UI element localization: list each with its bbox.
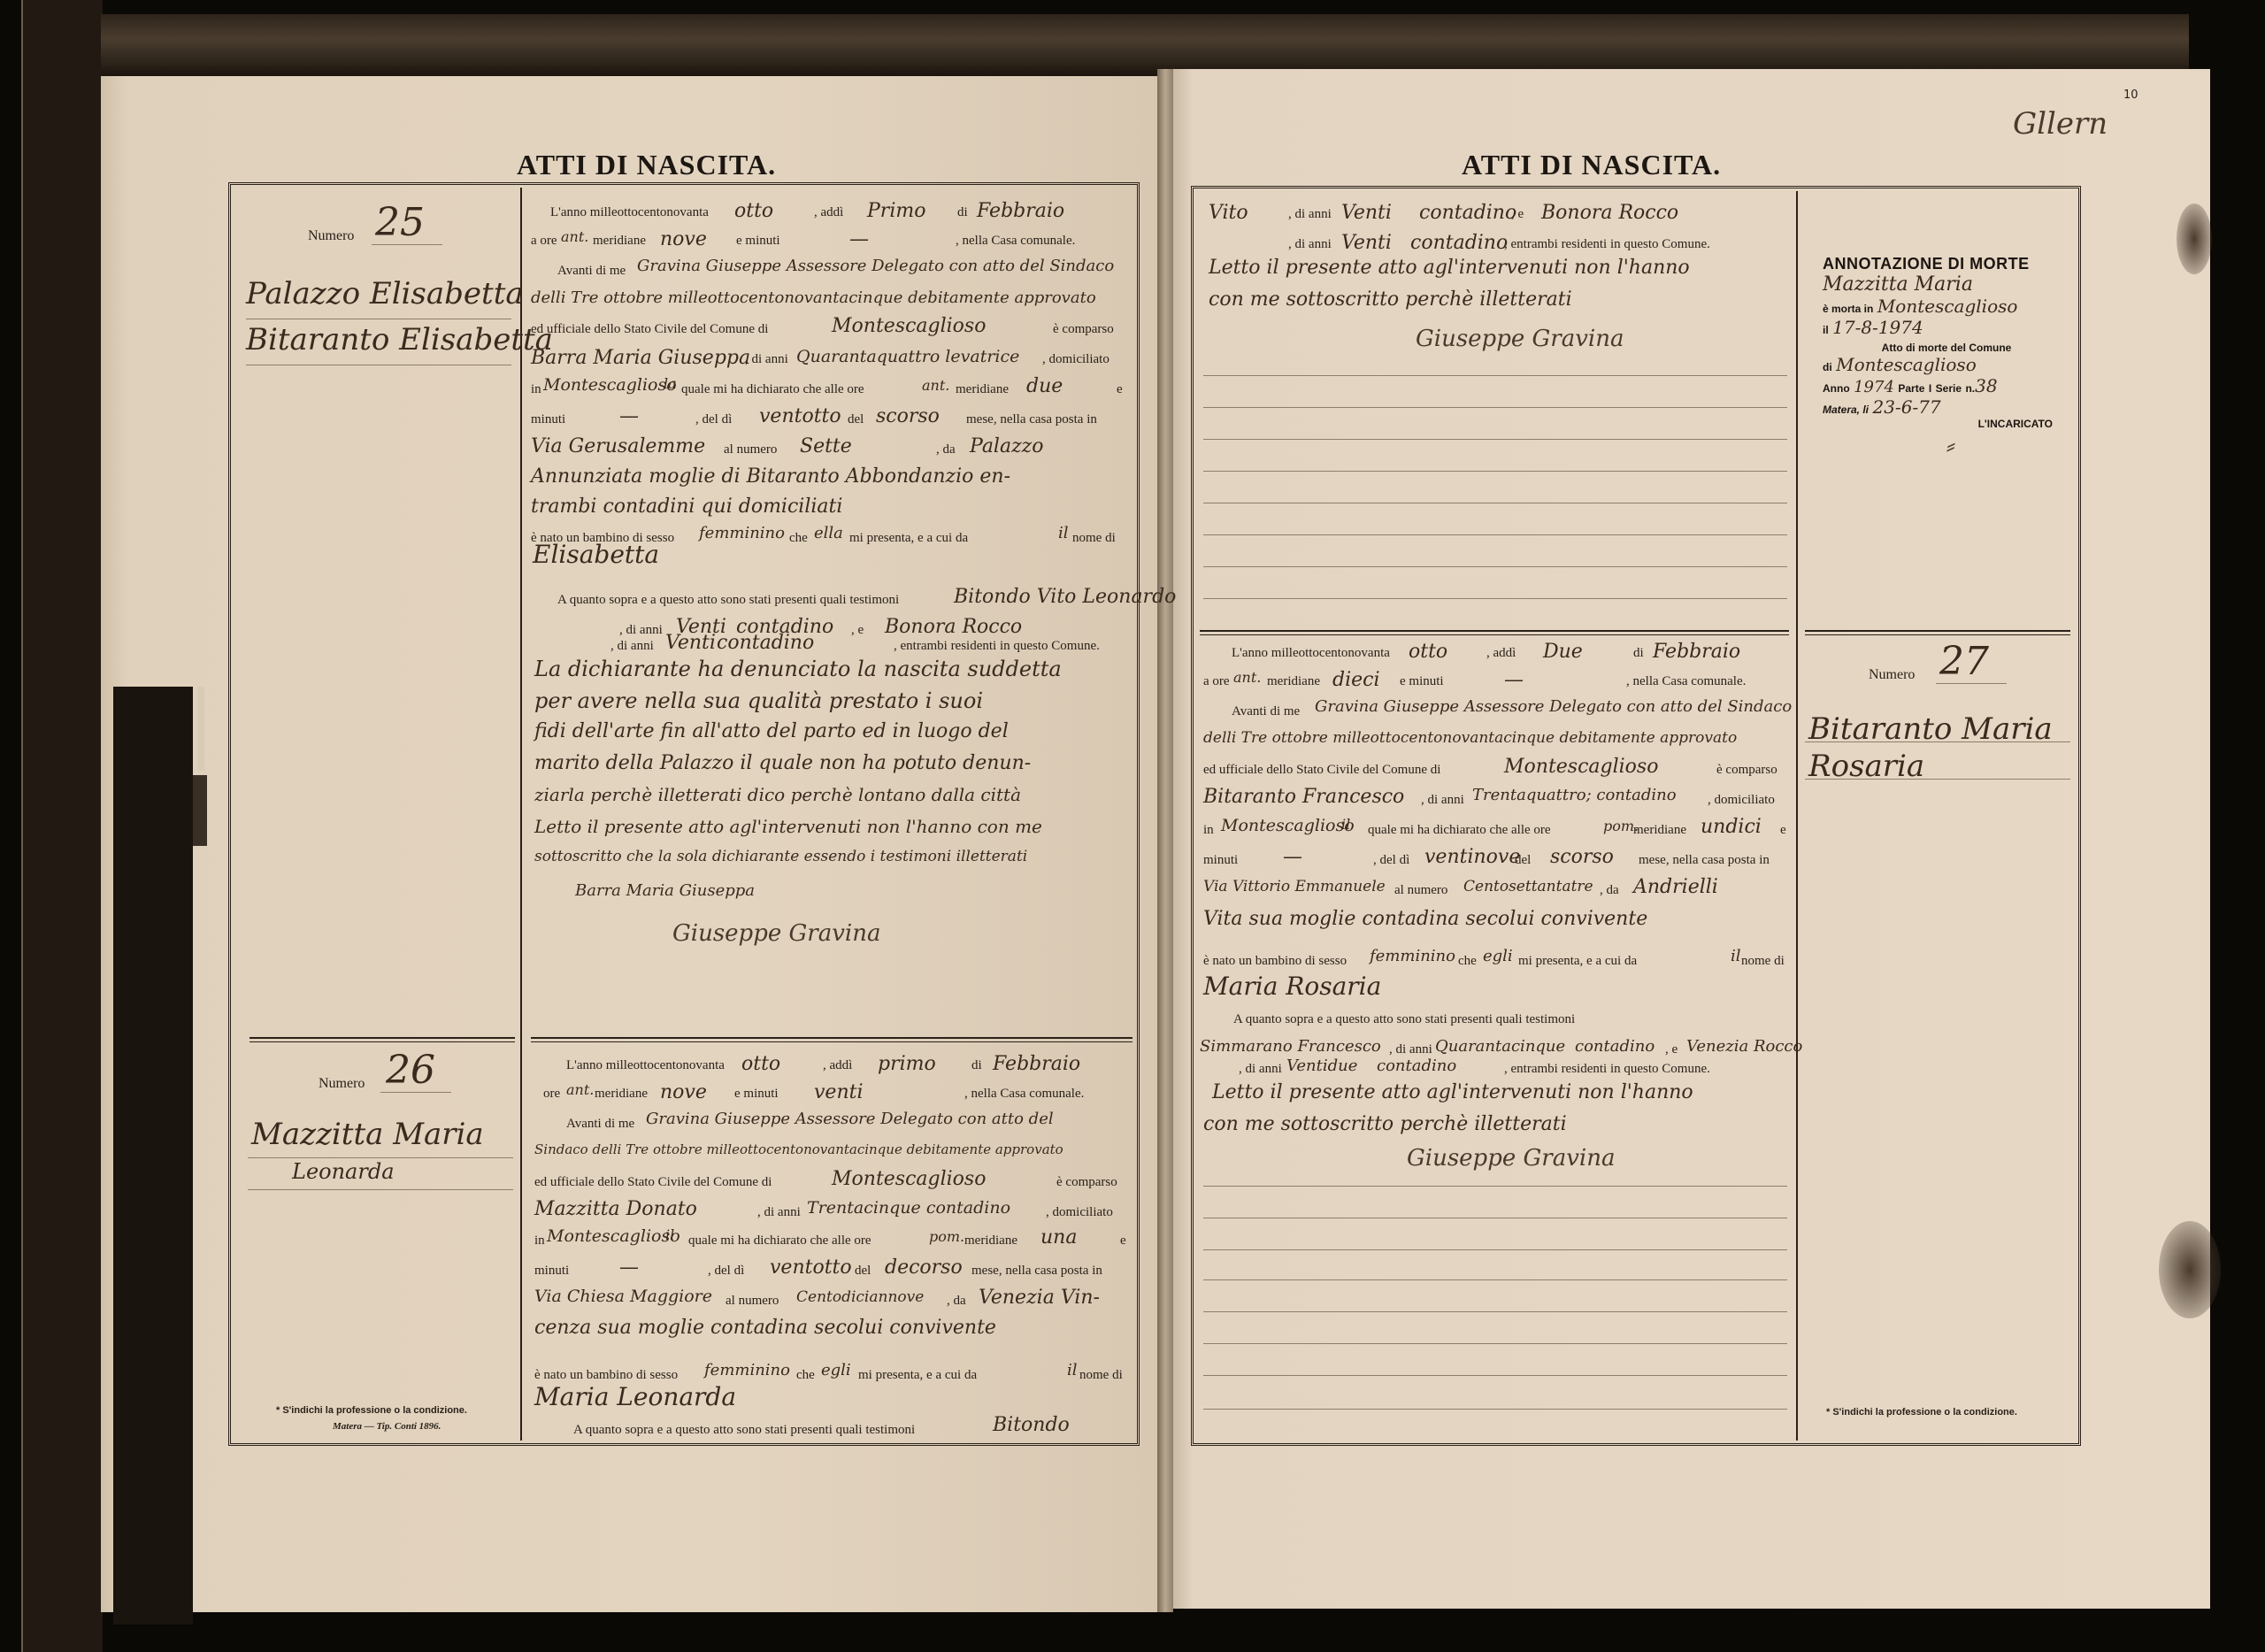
field-madre: Vita sua moglie contadina secolui conviv…	[1203, 908, 1647, 930]
label-anno: L'anno milleottocentonovanta	[566, 1058, 725, 1073]
field-ore-ap: ant.	[561, 228, 588, 245]
field-testimone2-prof: contadino	[717, 632, 814, 654]
label-ore: a ore	[1203, 674, 1230, 689]
label-anni: , di anni	[745, 352, 788, 367]
book-spine	[1157, 69, 1173, 1612]
label-numero: al numero	[1394, 883, 1447, 898]
label-testimoni: A quanto sopra e a questo atto sono stat…	[1233, 1012, 1575, 1027]
label-che: che	[789, 531, 808, 546]
numero-label: Numero	[308, 228, 354, 244]
label-di: di	[971, 1058, 982, 1073]
label-quale: quale mi ha dichiarato che alle ore	[681, 382, 864, 397]
field-minuti-nascita: —	[619, 405, 639, 427]
field-eta: Quarantaquattro levatrice	[796, 347, 1019, 366]
field-dichiarante: Bitaranto Francesco	[1203, 786, 1404, 808]
field-domicilio: Montescaglioso	[543, 375, 677, 395]
numero-label: Numero	[1869, 667, 1915, 683]
note-line: marito della Palazzo il quale non ha pot…	[534, 752, 1031, 774]
label-minuti: minuti	[534, 1264, 569, 1279]
field-articolo: la	[664, 375, 677, 392]
label-del-di: , del dì	[708, 1264, 744, 1279]
field-ufficiale: Gravina Giuseppe Assessore Delegato con …	[646, 1110, 1054, 1128]
label-di: di	[957, 205, 968, 220]
signature-dichiarante: Barra Maria Giuseppa	[575, 881, 755, 900]
label-in: in	[534, 1233, 545, 1249]
label-casa: , nella Casa comunale.	[956, 234, 1075, 249]
record-number: 25	[375, 200, 425, 245]
field-madre: Palazzo	[970, 435, 1044, 457]
field-ora: dieci	[1332, 669, 1380, 691]
record-number: 26	[386, 1048, 435, 1093]
field-giorno: Primo	[867, 200, 925, 222]
label-casa: , nella Casa comunale.	[1626, 674, 1746, 689]
label-meridiane: meridiane	[1267, 674, 1320, 689]
field-sesso: femminino	[1370, 947, 1455, 965]
note-line: Letto il presente atto agl'intervenuti n…	[534, 816, 1042, 837]
field-ufficiale-cont: Sindaco delli Tre ottobre milleottocento…	[534, 1141, 1063, 1157]
page-heading-right: ATTI DI NASCITA.	[1462, 149, 1721, 181]
label-n: n.	[1965, 382, 1975, 395]
label-anni: , di anni	[757, 1205, 801, 1220]
label-quale: quale mi ha dichiarato che alle ore	[1368, 823, 1551, 838]
annotation-nome: Mazzitta Maria	[1823, 273, 2070, 296]
binder-edge	[21, 0, 103, 1652]
field-testimone2-eta: Venti	[1341, 232, 1392, 254]
label-da: , da	[947, 1294, 966, 1309]
note-line: per avere nella sua qualità prestato i s…	[534, 688, 983, 713]
field-ora-nascita-ap: ant.	[922, 377, 949, 394]
label-nome: nome di	[1072, 531, 1116, 546]
note-line: con me sottoscritto perchè illetterati	[1209, 288, 1572, 311]
label-meridiane: meridiane	[595, 1087, 648, 1102]
label-addi: , addì	[1486, 646, 1516, 661]
label-mese: mese, nella casa posta in	[971, 1264, 1102, 1279]
margin-name: Bitaranto Elisabetta	[246, 322, 553, 357]
label-domiciliato: , domiciliato	[1042, 352, 1109, 367]
field-madre: cenza sua moglie contadina secolui convi…	[534, 1317, 996, 1339]
signature-ufficiale: Giuseppe Gravina	[672, 920, 880, 947]
label-numero: al numero	[726, 1294, 779, 1309]
field-testimone2-prof: contadino	[1410, 232, 1508, 254]
label-minuti: minuti	[1203, 853, 1238, 868]
field-mese: Febbraio	[1653, 641, 1740, 663]
field-nome: Elisabetta	[533, 540, 659, 569]
label-ufficiale: ed ufficiale dello Stato Civile del Comu…	[531, 322, 768, 337]
label-entrambi: , entrambi residenti in questo Comune.	[1504, 1062, 1710, 1077]
label-da: , da	[1600, 883, 1619, 898]
label-ore: a ore	[531, 234, 557, 249]
label-che: che	[796, 1368, 815, 1383]
field-testimone1-eta: Venti	[1341, 202, 1392, 224]
field-testimone1-eta: Quarantacinque	[1435, 1037, 1565, 1056]
field-testimone1-prof: contadino	[1419, 202, 1516, 224]
label-comparso: è comparso	[1056, 1175, 1117, 1190]
field-ufficiale: Gravina Giuseppe Assessore Delegato con …	[637, 257, 1114, 275]
label-numero: al numero	[724, 442, 777, 457]
label-incaricato: L'INCARICATO	[1823, 418, 2070, 430]
label-e: e	[1780, 823, 1786, 838]
note-line: fidi dell'arte fin all'atto del parto ed…	[534, 720, 1009, 742]
field-nome-articolo: il	[1058, 524, 1069, 542]
field-dichiarante: Mazzitta Donato	[534, 1198, 697, 1220]
field-madre: Venezia Vin-	[979, 1287, 1100, 1309]
note-line: con me sottoscritto perchè illetterati	[1203, 1113, 1567, 1135]
field-ora: nove	[660, 228, 707, 250]
record-divider	[1200, 630, 1789, 635]
field-nome-articolo: il	[1731, 947, 1741, 965]
field-testimone1: Simmarano Francesco	[1200, 1037, 1381, 1056]
label-ufficiale: ed ufficiale dello Stato Civile del Comu…	[1203, 763, 1440, 778]
label-del-di: , del dì	[695, 412, 732, 427]
label-comparso: è comparso	[1716, 763, 1777, 778]
label-avanti: Avanti di me	[557, 264, 626, 279]
field-via: Via Gerusalemme	[531, 435, 705, 457]
label-addi: , addì	[823, 1058, 852, 1073]
field-testimone2-eta: Venti	[665, 632, 716, 654]
label-atto: Atto di morte del Comune	[1823, 342, 2070, 354]
field-numero-civico: Sette	[800, 435, 852, 457]
label-testimoni: A quanto sopra e a questo atto sono stat…	[557, 593, 899, 608]
annotation-comune: Montescaglioso	[1836, 354, 1977, 375]
label-nome: nome di	[1741, 954, 1785, 969]
note-line: Letto il presente atto agl'intervenuti n…	[1209, 257, 1690, 279]
label-presenta: mi presenta, e a cui da	[1518, 954, 1637, 969]
field-testimone1: Bitondo Vito Leonardo	[954, 586, 1176, 608]
label-anni: , di anni	[610, 639, 654, 654]
note-line: sottoscritto che la sola dichiarante ess…	[534, 848, 1027, 865]
field-presentato: ella	[814, 524, 843, 542]
note-line: ziarla perchè illetterati dico perchè lo…	[534, 784, 1021, 805]
field-giorno: primo	[878, 1053, 936, 1075]
field-ora-nascita: undici	[1701, 816, 1762, 838]
label-e: e	[1120, 1233, 1126, 1249]
field-minuti-nascita: —	[1283, 846, 1302, 868]
label-presenta: mi presenta, e a cui da	[858, 1368, 977, 1383]
book-top-edge	[101, 14, 2189, 76]
label-che: che	[1458, 954, 1477, 969]
label-anni: , di anni	[1288, 237, 1332, 252]
field-madre: trambi contadini qui domiciliati	[531, 496, 842, 518]
label-testimoni: A quanto sopra e a questo atto sono stat…	[573, 1423, 915, 1438]
annotation-luogo: Montescaglioso	[1877, 296, 2018, 317]
page-number: 10	[2123, 88, 2138, 102]
label-anni: , di anni	[1421, 793, 1464, 808]
label-del: del	[855, 1264, 871, 1279]
label-il: il	[1823, 324, 1829, 336]
label-del: del	[848, 412, 864, 427]
field-testimone2: Bonora Rocco	[1541, 202, 1678, 224]
field-anno: otto	[734, 200, 773, 222]
field-testimone2-eta: Ventidue	[1286, 1057, 1357, 1075]
label-mese: mese, nella casa posta in	[966, 412, 1097, 427]
label-nome: nome di	[1079, 1368, 1123, 1383]
right-column-divider	[1796, 191, 1798, 1441]
note-line: La dichiarante ha denunciato la nascita …	[534, 657, 1062, 681]
label-nato: è nato un bambino di sesso	[534, 1368, 678, 1383]
label-anno: L'anno milleottocentonovanta	[550, 205, 709, 220]
label-in: in	[531, 382, 541, 397]
annotation-anno: 1974	[1854, 378, 1894, 396]
label-minuti: minuti	[531, 412, 565, 427]
label-nato: è nato un bambino di sesso	[1203, 954, 1347, 969]
label-anni: , di anni	[1389, 1042, 1432, 1057]
field-ufficiale: Gravina Giuseppe Assessore Delegato con …	[1315, 697, 1792, 716]
label-e: , e	[851, 623, 864, 638]
label-meridiane: meridiane	[593, 234, 646, 249]
field-comune: Montescaglioso	[832, 315, 986, 337]
label-anno: L'anno milleottocentonovanta	[1232, 646, 1390, 661]
label-anni: , di anni	[619, 623, 663, 638]
incaricato-signature: ⸗	[1946, 430, 2194, 461]
label-parte: Parte	[1898, 382, 1924, 395]
label-meridiane: meridiane	[956, 382, 1009, 397]
field-ore-ap: ant.	[1233, 669, 1261, 686]
field-testimone2: Bonora Rocco	[885, 616, 1022, 638]
record-divider	[250, 1037, 515, 1042]
record-number: 27	[1939, 639, 1989, 684]
label-quale: quale mi ha dichiarato che alle ore	[688, 1233, 871, 1249]
field-numero-civico: Centosettantatre	[1463, 878, 1593, 895]
field-sesso: femminino	[704, 1361, 790, 1379]
page-heading-left: ATTI DI NASCITA.	[517, 149, 776, 181]
field-via: Via Vittorio Emmanuele	[1203, 878, 1386, 895]
note-line: Letto il presente atto agl'intervenuti n…	[1212, 1081, 1693, 1103]
field-domicilio: Montescaglioso	[1221, 816, 1355, 835]
label-entrambi: , entrambi residenti in questo Comune.	[894, 639, 1100, 654]
record-divider	[531, 1037, 1132, 1042]
field-comune: Montescaglioso	[1504, 756, 1658, 778]
margin-name: Mazzitta Maria	[251, 1117, 484, 1152]
label-minuti: e minuti	[736, 234, 780, 249]
annotation-title: ANNOTAZIONE DI MORTE	[1823, 255, 2070, 273]
field-articolo: il	[665, 1226, 674, 1243]
ink-stain	[2159, 1221, 2221, 1318]
label-casa: , nella Casa comunale.	[964, 1087, 1084, 1102]
annotation-parte: I	[1929, 382, 1931, 395]
field-mese-nascita: scorso	[876, 405, 940, 427]
label-domiciliato: , domiciliato	[1708, 793, 1775, 808]
printer-credit: Matera — Tip. Conti 1896.	[333, 1421, 441, 1432]
numero-label: Numero	[319, 1076, 365, 1092]
field-ora: nove	[660, 1081, 707, 1103]
label-avanti: Avanti di me	[566, 1117, 634, 1132]
label-minuti: e minuti	[734, 1087, 779, 1102]
label-avanti: Avanti di me	[1232, 704, 1300, 719]
label-presenta: mi presenta, e a cui da	[849, 531, 968, 546]
field-madre: Annunziata moglie di Bitaranto Abbondanz…	[531, 465, 1010, 488]
field-nome: Maria Rosaria	[1203, 972, 1381, 1001]
signature-ufficiale: Giuseppe Gravina	[1407, 1145, 1615, 1172]
annotation-numero: 38	[1975, 375, 1997, 396]
margin-name: Leonarda	[292, 1159, 395, 1184]
label-anno: Anno	[1823, 382, 1850, 395]
field-minuti: venti	[814, 1081, 864, 1103]
label-addi: , addì	[814, 205, 843, 220]
label-del-di: , del dì	[1373, 853, 1409, 868]
field-nome-articolo: il	[1067, 1361, 1078, 1379]
footnote: * S'indichi la professione o la condizio…	[276, 1405, 467, 1416]
label-e: e	[1117, 382, 1123, 397]
label-ufficiale: ed ufficiale dello Stato Civile del Comu…	[534, 1175, 772, 1190]
field-ore-ap: ant.	[566, 1081, 594, 1098]
field-ufficiale-cont: delli Tre ottobre milleottocentonovantac…	[1203, 729, 1737, 747]
label-comparso: è comparso	[1053, 322, 1114, 337]
label-in: in	[1203, 823, 1214, 838]
label-e: , e	[1511, 207, 1524, 222]
field-testimone1: Bitondo	[993, 1414, 1070, 1436]
label-domiciliato: , domiciliato	[1046, 1205, 1113, 1220]
field-sesso: femminino	[699, 524, 785, 542]
label-di: di	[1633, 646, 1644, 661]
footnote: * S'indichi la professione o la condizio…	[1826, 1407, 2017, 1418]
annotation-data: 17-8-1974	[1832, 317, 1923, 338]
field-testimone1-prof: contadino	[1575, 1037, 1655, 1056]
ink-stain	[2177, 204, 2212, 274]
label-ore: ore	[543, 1087, 560, 1102]
field-mese: Febbraio	[993, 1053, 1080, 1075]
label-anni: , di anni	[1239, 1062, 1282, 1077]
label-da: , da	[936, 442, 956, 457]
field-mese-nascita: decorso	[885, 1256, 963, 1279]
field-nome: Maria Leonarda	[534, 1382, 736, 1411]
field-testimone2: Venezia Rocco	[1686, 1037, 1802, 1056]
field-comune: Montescaglioso	[832, 1168, 986, 1190]
field-giorno-nascita: ventotto	[759, 405, 841, 427]
field-ufficiale-cont: delli Tre ottobre milleottocentonovantac…	[531, 288, 1096, 307]
label-morta: è morta in	[1823, 303, 1873, 315]
field-minuti: —	[1504, 669, 1524, 691]
left-column-divider	[520, 188, 522, 1441]
field-testimone2-prof: contadino	[1377, 1057, 1456, 1075]
label-matera: Matera, li	[1823, 403, 1869, 416]
label-entrambi: , entrambi residenti in questo Comune.	[1504, 237, 1710, 252]
label-e: , e	[1665, 1042, 1678, 1057]
field-ora-nascita-ap: pom.	[929, 1228, 964, 1245]
label-anni: , di anni	[1288, 207, 1332, 222]
field-ora-nascita: due	[1026, 375, 1063, 397]
label-minuti: e minuti	[1400, 674, 1444, 689]
record-divider	[1805, 630, 2070, 635]
field-mese: Febbraio	[977, 200, 1064, 222]
field-mese-nascita: scorso	[1550, 846, 1614, 868]
margin-name: Palazzo Elisabetta	[246, 276, 524, 311]
field-presentato: egli	[821, 1361, 851, 1379]
annotation-data-registrazione: 23-6-77	[1872, 396, 1940, 418]
field-eta: Trentacinque contadino	[807, 1198, 1010, 1218]
field-anno: otto	[741, 1053, 780, 1075]
printer-credit-text: Matera — Tip. Conti 1896.	[333, 1421, 441, 1432]
label-serie: Serie	[1936, 382, 1962, 395]
field-madre: Andrielli	[1633, 876, 1718, 898]
field-articolo: il	[1341, 816, 1350, 833]
label-mese: mese, nella casa posta in	[1639, 853, 1770, 868]
field-minuti-nascita: —	[619, 1256, 639, 1279]
field-testimone1-cont: Vito	[1209, 202, 1248, 224]
field-eta: Trentaquattro; contadino	[1472, 786, 1677, 804]
field-giorno: Due	[1543, 641, 1583, 663]
field-giorno-nascita: ventotto	[770, 1256, 852, 1279]
field-numero-civico: Centodiciannove	[796, 1288, 924, 1306]
archivist-signature: Gllern	[2013, 106, 2108, 142]
left-page-frame	[228, 182, 1140, 1446]
field-domicilio: Montescaglioso	[547, 1226, 680, 1246]
binder-clip	[113, 687, 193, 1625]
field-presentato: egli	[1483, 947, 1513, 965]
label-del: del	[1515, 853, 1531, 868]
label-di: di	[1823, 361, 1832, 373]
field-dichiarante: Barra Maria Giuseppa	[531, 347, 750, 369]
label-meridiane: meridiane	[964, 1233, 1017, 1249]
field-giorno-nascita: ventinove	[1424, 846, 1520, 868]
death-annotation-stamp: ANNOTAZIONE DI MORTE Mazzitta Maria è mo…	[1823, 255, 2070, 461]
field-ora-nascita: una	[1040, 1226, 1077, 1249]
signature-ufficiale: Giuseppe Gravina	[1416, 326, 1624, 352]
field-via: Via Chiesa Maggiore	[534, 1287, 712, 1306]
label-meridiane: meridiane	[1633, 823, 1686, 838]
field-anno: otto	[1409, 641, 1447, 663]
field-minuti: —	[849, 228, 869, 250]
